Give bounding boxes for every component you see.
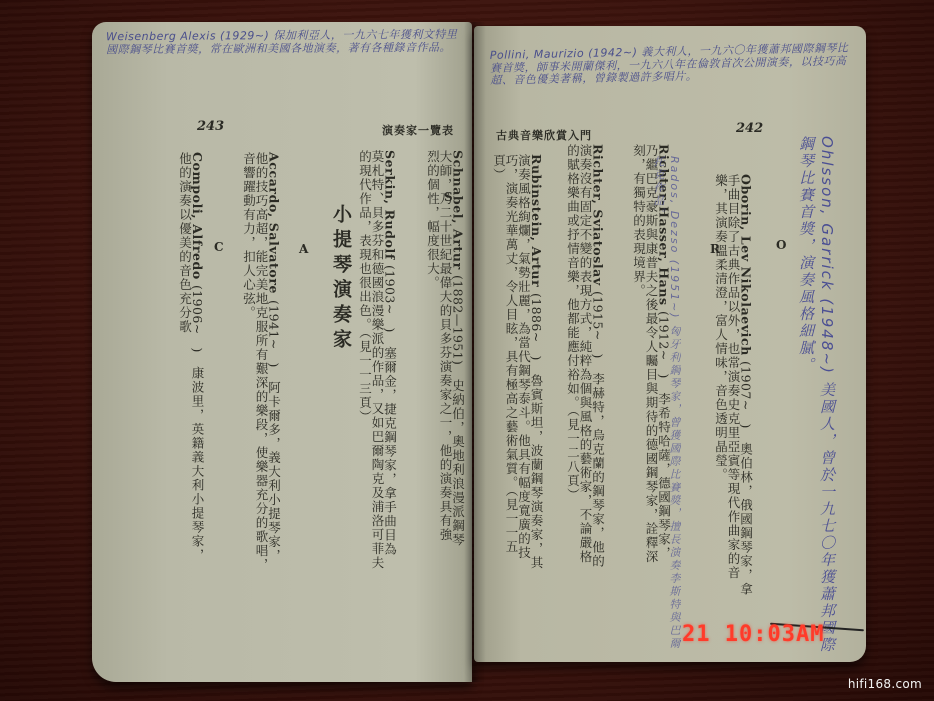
entry-oborin: Oborin, Lev Nikolaevich (1907~ ) 奧伯林，俄國鋼… [714, 174, 752, 604]
running-head-right: 古典音樂欣賞入門 [496, 127, 592, 143]
entry-richter: Richter, Sviatoslav (1915~ ) 李赫特，烏克蘭的鋼琴家… [566, 144, 604, 574]
page-number-242: 242 [736, 121, 763, 136]
camera-timestamp: 21 10:03AM [682, 622, 824, 647]
handwritten-note-rados: Rados, Dezso (1951~) 匈牙利鋼琴家，曾獲國際比賽獎，擅長演奏… [650, 156, 682, 656]
handwritten-note-ohlsson: Ohlsson, Garrick (1948~) 美國人，曾於一九七〇年獲蕭邦國… [796, 136, 838, 656]
section-letter-a: A [299, 242, 308, 256]
section-title-violinists: 小提琴演奏家 [328, 204, 355, 354]
book-gutter [464, 22, 486, 682]
section-letter-c: C [214, 240, 224, 254]
page-number-243: 243 [197, 119, 224, 134]
entry-rubinstein: Rubinstein, Artur (1886~ ) 魯賓斯坦，波蘭鋼琴演奏家，… [492, 154, 542, 574]
open-book: Weisenberg Alexis (1929~) 保加利亞人，一九六七年獲利文… [92, 22, 868, 682]
right-page: Pollini, Maurizio (1942~) 義大利人，一九六〇年獲蕭邦國… [474, 26, 866, 662]
entry-compoli: Compoli, Alfredo (1906~ ) 康波里，英籍義大利小提琴家，… [178, 152, 203, 572]
section-letter-o: O [776, 238, 786, 252]
entry-accardo: Accardo, Salvatore (1941~ ) 阿卡爾多，義大利小提琴家… [242, 152, 280, 572]
entry-schnabel: Schnabel, Artur (1882—1951) 史納伯，奧地利浪漫派鋼琴… [426, 150, 464, 550]
left-page: Weisenberg Alexis (1929~) 保加利亞人，一九六七年獲利文… [92, 22, 472, 682]
handwritten-note-weisenberg: Weisenberg Alexis (1929~) 保加利亞人，一九六七年獲利文… [106, 29, 466, 57]
handwritten-note-pollini: Pollini, Maurizio (1942~) 義大利人，一九六〇年獲蕭邦國… [490, 42, 861, 88]
entry-serkin: Serkin, Rudolf (1903~ ) 塞爾金，捷克鋼琴家，拿手曲目為莫… [358, 150, 396, 570]
watermark: hifi168.com [848, 677, 922, 691]
running-head-left: 演奏家一覽表 [382, 122, 454, 138]
